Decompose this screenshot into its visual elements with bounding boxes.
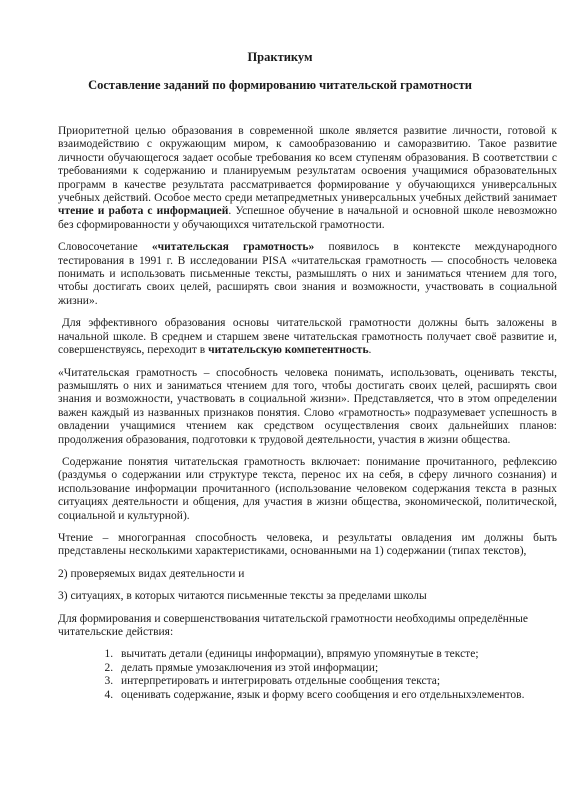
document-page: Практикум Составление заданий по формиро… [0,0,566,800]
line-situations: 3) ситуациях, в которых читаются письмен… [58,590,557,603]
text-run: «Читательская грамотность – способность … [58,367,557,446]
list-item: вычитать детали (единицы информации), вп… [116,648,557,661]
text-run: . [369,344,372,356]
text-run: Содержание понятия читательская грамотно… [58,456,557,522]
paragraph-foundation: Для эффективного образования основы чита… [58,317,557,357]
text-run: 3) ситуациях, в которых читаются письмен… [58,590,427,602]
doc-title: Практикум [58,50,502,64]
paragraph-term-origin: Словосочетание «читательская грамотность… [58,241,557,308]
text-run: Приоритетной целью образования в совреме… [58,125,557,204]
paragraph-definition: «Читательская грамотность – способность … [58,367,557,447]
paragraph-content-scope: Содержание понятия читательская грамотно… [58,456,557,523]
list-item: интерпретировать и интегрировать отдельн… [116,675,557,688]
paragraph-intro: Приоритетной целью образования в совреме… [58,125,557,232]
text-run: Словосочетание [58,241,152,253]
reading-actions-list: вычитать детали (единицы информации), вп… [58,648,557,702]
doc-subtitle: Составление заданий по формированию чита… [58,78,502,92]
text-run-bold: «читательская грамотность» [152,241,314,253]
text-run: 2) проверяемых видах деятельности и [58,568,244,580]
paragraph-actions-intro: Для формирования и совершенствования чит… [58,613,557,640]
paragraph-reading-ability: Чтение – многогранная способность челове… [58,532,557,559]
text-run-bold: чтение и работа с информацией [58,205,228,217]
list-item: делать прямые умозаключения из этой инфо… [116,662,557,675]
text-run: Чтение – многогранная способность челове… [58,532,557,557]
text-run: Для формирования и совершенствования чит… [58,613,528,638]
line-activities: 2) проверяемых видах деятельности и [58,568,557,581]
text-run-bold: читательскую компетентность [208,344,368,356]
list-item: оценивать содержание, язык и форму всего… [116,689,557,702]
